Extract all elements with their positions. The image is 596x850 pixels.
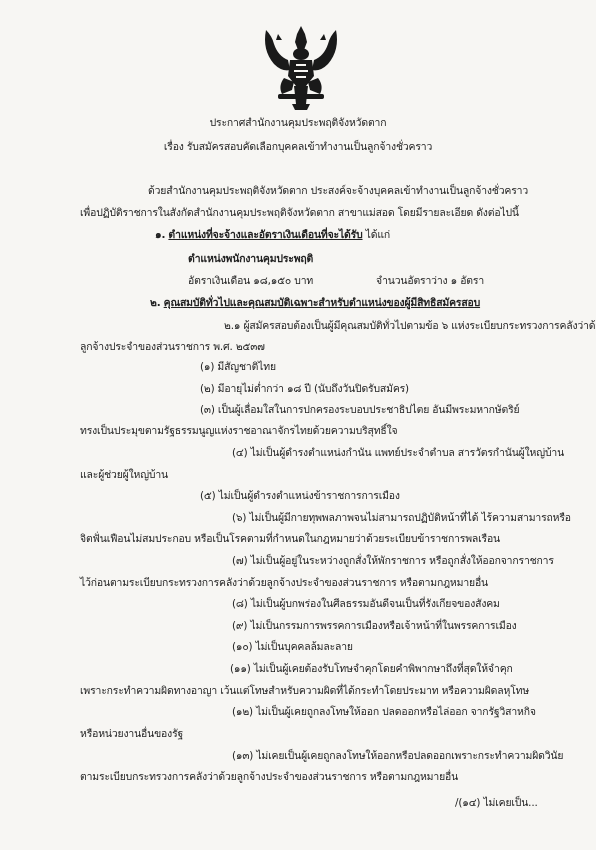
qualification-item-1: (๑) มีสัญชาติไทย: [200, 360, 276, 374]
section2-heading: ๒. คุณสมบัติทั่วไปและคุณสมบัติเฉพาะสำหรั…: [150, 296, 480, 310]
qualification-item-3-cont: ทรงเป็นประมุขตามรัฐธรรมนูญแห่งราชอาณาจัก…: [80, 424, 398, 438]
subsection-2-1-line1: ๒.๑ ผู้สมัครสอบต้องเป็นผู้มีคุณสมบัติทั่…: [224, 319, 596, 333]
qualification-item-3: (๓) เป็นผู้เลื่อมใสในการปกครองระบอบประชา…: [200, 403, 519, 417]
section1-title: ตำแหน่งที่จะจ้างและอัตราเงินเดือนที่จะได…: [168, 229, 362, 241]
page-continuation: /(๑๔) ไม่เคยเป็น...: [455, 796, 538, 810]
qualification-item-13-cont: ตามระเบียบกระทรวงการคลังว่าด้วยลูกจ้างปร…: [80, 770, 458, 784]
qualification-item-8: (๘) ไม่เป็นผู้บกพร่องในศีลธรรมอันดีจนเป็…: [232, 597, 500, 611]
qualification-item-12-cont: หรือหน่วยงานอื่นของรัฐ: [80, 727, 183, 741]
qualification-item-4-cont: และผู้ช่วยผู้ใหญ่บ้าน: [80, 468, 168, 482]
section1-number: ๑.: [155, 229, 165, 241]
qualification-item-10: (๑๐) ไม่เป็นบุคคลล้มละลาย: [232, 640, 353, 654]
qualification-item-6: (๖) ไม่เป็นผู้มีกายทุพพลภาพจนไม่สามารถปฏ…: [232, 511, 571, 525]
qualification-item-2: (๒) มีอายุไม่ต่ำกว่า ๑๘ ปี (นับถึงวันปิด…: [200, 382, 409, 396]
qualification-item-11-cont: เพราะกระทำความผิดทางอาญา เว้นแต่โทษสำหรั…: [80, 684, 529, 698]
section2-title: คุณสมบัติทั่วไปและคุณสมบัติเฉพาะสำหรับตำ…: [164, 297, 480, 309]
qualification-item-5: (๕) ไม่เป็นผู้ดำรงตำแหน่งข้าราชการการเมื…: [200, 489, 400, 503]
document-page: ประกาศสำนักงานคุมประพฤติจังหวัดตาก เรื่อ…: [0, 0, 596, 850]
qualification-item-6-cont: จิตฟั่นเฟือนไม่สมประกอบ หรือเป็นโรคตามที…: [80, 532, 500, 546]
intro-paragraph-line1: ด้วยสำนักงานคุมประพฤติจังหวัดตาก ประสงค์…: [148, 184, 528, 198]
qualification-item-13: (๑๓) ไม่เคยเป็นผู้เคยถูกลงโทษให้ออกหรือป…: [232, 749, 563, 763]
section2-number: ๒.: [150, 297, 161, 309]
intro-paragraph-line2: เพื่อปฏิบัติราชการในสังกัดสำนักงานคุมประ…: [80, 206, 519, 220]
section1-heading: ๑. ตำแหน่งที่จะจ้างและอัตราเงินเดือนที่จ…: [155, 228, 390, 242]
announcement-title: ประกาศสำนักงานคุมประพฤติจังหวัดตาก: [0, 116, 596, 130]
qualification-item-12: (๑๒) ไม่เป็นผู้เคยถูกลงโทษให้ออก ปลดออกห…: [232, 705, 536, 719]
subsection-2-1-line2: ลูกจ้างประจำของส่วนราชการ พ.ศ. ๒๕๓๗: [80, 340, 265, 354]
qualification-item-11: (๑๑) ไม่เป็นผู้เคยต้องรับโทษจำคุกโดยคำพิ…: [230, 662, 513, 676]
qualification-item-7-cont: ไว้ก่อนตามระเบียบกระทรวงการคลังว่าด้วยลู…: [80, 576, 488, 590]
section1-suffix: ได้แก่: [366, 229, 390, 241]
announcement-subject: เรื่อง รับสมัครสอบคัดเลือกบุคคลเข้าทำงาน…: [0, 140, 596, 154]
garuda-emblem-icon: [258, 20, 344, 112]
qualification-item-4: (๔) ไม่เป็นผู้ดำรงตำแหน่งกำนัน แพทย์ประจ…: [232, 446, 564, 460]
qualification-item-7: (๗) ไม่เป็นผู้อยู่ในระหว่างถูกสั่งให้พัก…: [232, 554, 554, 568]
salary-rate: อัตราเงินเดือน ๑๘,๑๕๐ บาท: [188, 274, 313, 288]
qualification-item-9: (๙) ไม่เป็นกรรมการพรรคการเมืองหรือเจ้าหน…: [232, 619, 517, 633]
vacancy-count: จำนวนอัตราว่าง ๑ อัตรา: [376, 274, 484, 288]
position-title: ตำแหน่งพนักงานคุมประพฤติ: [188, 252, 313, 266]
